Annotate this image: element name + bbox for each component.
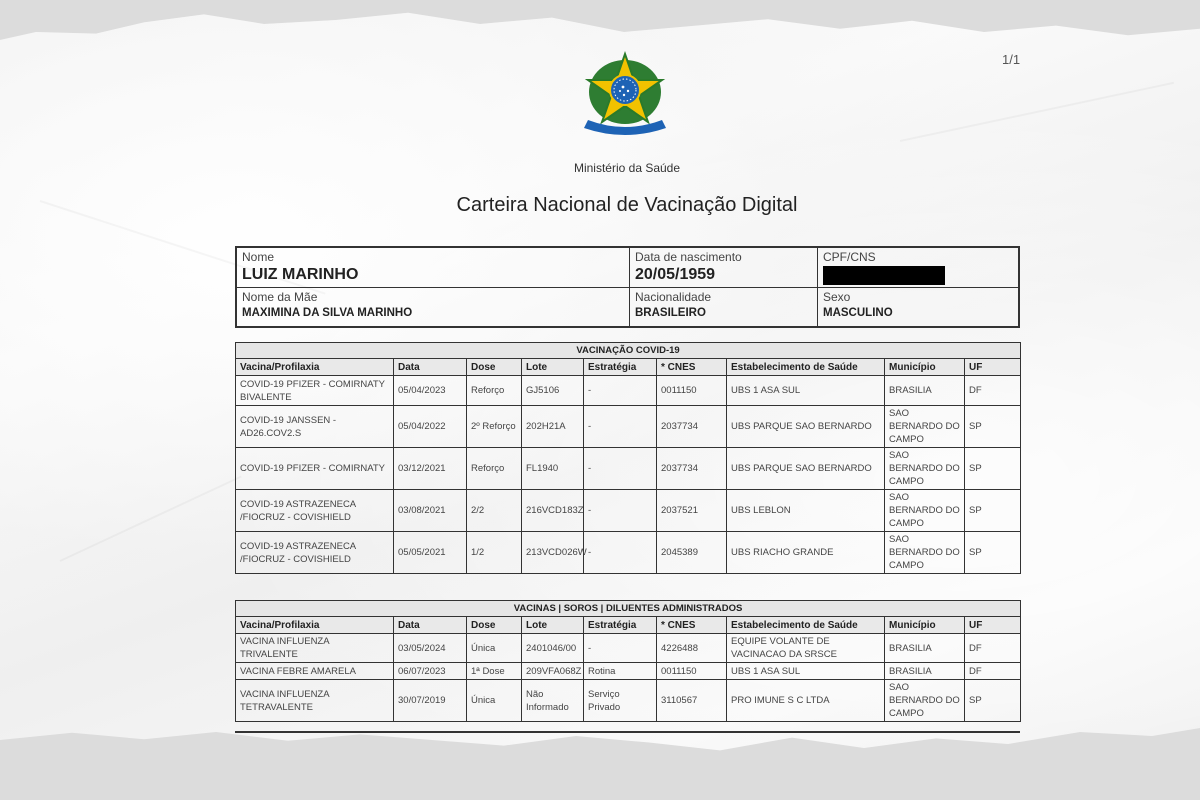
mother-name-label: Nome da Mãe (242, 290, 624, 304)
table-row: COVID-19 JANSSEN - AD26.COV2.S05/04/2022… (236, 406, 1021, 448)
cell-strategy: - (584, 376, 657, 406)
other-section-title: VACINAS | SOROS | DILUENTES ADMINISTRADO… (236, 601, 1021, 617)
column-header-lot: Lote (522, 359, 584, 376)
column-header-dose: Dose (467, 359, 522, 376)
covid-section-title: VACINAÇÃO COVID-19 (236, 343, 1021, 359)
table-row: VACINA INFLUENZA TETRAVALENTE30/07/2019Ú… (236, 680, 1021, 722)
mother-name-value: MAXIMINA DA SILVA MARINHO (242, 307, 624, 319)
cell-date: 05/04/2023 (394, 376, 467, 406)
cell-facility: EQUIPE VOLANTE DE VACINACAO DA SRSCE (727, 634, 885, 663)
cell-lot: Não Informado (522, 680, 584, 722)
cell-cnes: 2037521 (657, 490, 727, 532)
nationality-label: Nacionalidade (635, 290, 812, 304)
sex-field: Sexo MASCULINO (817, 288, 1018, 327)
cell-date: 03/08/2021 (394, 490, 467, 532)
cell-date: 03/05/2024 (394, 634, 467, 663)
cell-municipality: SAO BERNARDO DO CAMPO (885, 680, 965, 722)
cell-date: 03/12/2021 (394, 448, 467, 490)
cell-strategy: Serviço Privado (584, 680, 657, 722)
cell-dose: Única (467, 634, 522, 663)
column-header-dose: Dose (467, 617, 522, 634)
cell-uf: SP (965, 490, 1021, 532)
cell-lot: FL1940 (522, 448, 584, 490)
cell-strategy: - (584, 490, 657, 532)
column-header-vaccine: Vacina/Profilaxia (236, 617, 394, 634)
column-header-facility: Estabelecimento de Saúde (727, 617, 885, 634)
nationality-value: BRASILEIRO (635, 307, 812, 319)
cell-lot: 202H21A (522, 406, 584, 448)
cell-facility: UBS RIACHO GRANDE (727, 532, 885, 574)
cell-facility: UBS LEBLON (727, 490, 885, 532)
cell-lot: 213VCD026W (522, 532, 584, 574)
name-value: LUIZ MARINHO (242, 266, 624, 284)
cell-dose: 1/2 (467, 532, 522, 574)
column-header-vaccine: Vacina/Profilaxia (236, 359, 394, 376)
cell-vaccine: COVID-19 JANSSEN - AD26.COV2.S (236, 406, 394, 448)
table-row: COVID-19 ASTRAZENECA /FIOCRUZ - COVISHIE… (236, 490, 1021, 532)
cell-uf: SP (965, 406, 1021, 448)
cell-strategy: - (584, 448, 657, 490)
cell-cnes: 0011150 (657, 663, 727, 680)
page-indicator: 1/1 (1002, 52, 1020, 67)
brazil-coat-of-arms-icon (580, 50, 670, 138)
cell-cnes: 2045389 (657, 532, 727, 574)
covid-vaccination-table: VACINAÇÃO COVID-19 Vacina/ProfilaxiaData… (235, 342, 1021, 574)
nationality-field: Nacionalidade BRASILEIRO (629, 288, 817, 327)
column-header-strategy: Estratégia (584, 359, 657, 376)
column-header-strategy: Estratégia (584, 617, 657, 634)
mother-name-field: Nome da Mãe MAXIMINA DA SILVA MARINHO (237, 288, 629, 327)
cell-uf: DF (965, 376, 1021, 406)
cell-lot: GJ5106 (522, 376, 584, 406)
cpf-redaction-bar (823, 266, 945, 285)
column-header-date: Data (394, 359, 467, 376)
cell-facility: UBS 1 ASA SUL (727, 663, 885, 680)
birth-date-value: 20/05/1959 (635, 266, 812, 284)
column-header-municipality: Município (885, 617, 965, 634)
cell-cnes: 2037734 (657, 448, 727, 490)
cell-facility: UBS PARQUE SAO BERNARDO (727, 448, 885, 490)
cell-municipality: BRASILIA (885, 634, 965, 663)
table-row: VACINA FEBRE AMARELA06/07/20231ª Dose209… (236, 663, 1021, 680)
cell-dose: 2º Reforço (467, 406, 522, 448)
cell-strategy: - (584, 532, 657, 574)
cell-cnes: 2037734 (657, 406, 727, 448)
cell-uf: SP (965, 532, 1021, 574)
name-field: Nome LUIZ MARINHO (237, 248, 629, 287)
column-header-cnes: * CNES (657, 359, 727, 376)
column-header-municipality: Município (885, 359, 965, 376)
cell-lot: 2401046/00 (522, 634, 584, 663)
cell-facility: UBS PARQUE SAO BERNARDO (727, 406, 885, 448)
cell-cnes: 0011150 (657, 376, 727, 406)
cell-strategy: - (584, 634, 657, 663)
table-row: COVID-19 PFIZER - COMIRNATY03/12/2021Ref… (236, 448, 1021, 490)
cell-date: 06/07/2023 (394, 663, 467, 680)
cell-municipality: SAO BERNARDO DO CAMPO (885, 448, 965, 490)
cell-municipality: SAO BERNARDO DO CAMPO (885, 532, 965, 574)
cell-facility: PRO IMUNE S C LTDA (727, 680, 885, 722)
column-header-lot: Lote (522, 617, 584, 634)
cpf-field: CPF/CNS (817, 248, 1018, 287)
cell-municipality: BRASILIA (885, 663, 965, 680)
cell-dose: 1ª Dose (467, 663, 522, 680)
other-vaccines-table: VACINAS | SOROS | DILUENTES ADMINISTRADO… (235, 600, 1021, 722)
cell-vaccine: COVID-19 PFIZER - COMIRNATY BIVALENTE (236, 376, 394, 406)
table-row: VACINA INFLUENZA TRIVALENTE03/05/2024Úni… (236, 634, 1021, 663)
cell-date: 05/05/2021 (394, 532, 467, 574)
name-label: Nome (242, 250, 624, 264)
cell-vaccine: COVID-19 PFIZER - COMIRNATY (236, 448, 394, 490)
document-title: Carteira Nacional de Vacinação Digital (0, 194, 1200, 217)
ministry-name: Ministério da Saúde (0, 161, 1200, 175)
cell-strategy: - (584, 406, 657, 448)
table-header-row: Vacina/ProfilaxiaDataDoseLoteEstratégia*… (236, 359, 1021, 376)
cell-cnes: 3110567 (657, 680, 727, 722)
column-header-uf: UF (965, 617, 1021, 634)
column-header-date: Data (394, 617, 467, 634)
cell-uf: SP (965, 448, 1021, 490)
cell-municipality: SAO BERNARDO DO CAMPO (885, 490, 965, 532)
column-header-uf: UF (965, 359, 1021, 376)
cell-vaccine: COVID-19 ASTRAZENECA /FIOCRUZ - COVISHIE… (236, 490, 394, 532)
bottom-rule (235, 731, 1020, 733)
table-row: COVID-19 ASTRAZENECA /FIOCRUZ - COVISHIE… (236, 532, 1021, 574)
cell-dose: Reforço (467, 376, 522, 406)
column-header-facility: Estabelecimento de Saúde (727, 359, 885, 376)
cell-dose: 2/2 (467, 490, 522, 532)
table-header-row: Vacina/ProfilaxiaDataDoseLoteEstratégia*… (236, 617, 1021, 634)
cell-vaccine: VACINA INFLUENZA TRIVALENTE (236, 634, 394, 663)
cell-vaccine: VACINA FEBRE AMARELA (236, 663, 394, 680)
cell-uf: DF (965, 634, 1021, 663)
cell-date: 30/07/2019 (394, 680, 467, 722)
sex-label: Sexo (823, 290, 1013, 304)
cell-uf: DF (965, 663, 1021, 680)
cell-lot: 216VCD183Z (522, 490, 584, 532)
cell-dose: Única (467, 680, 522, 722)
sex-value: MASCULINO (823, 307, 1013, 319)
cell-dose: Reforço (467, 448, 522, 490)
cell-vaccine: COVID-19 ASTRAZENECA /FIOCRUZ - COVISHIE… (236, 532, 394, 574)
cpf-label: CPF/CNS (823, 250, 1013, 264)
birth-date-field: Data de nascimento 20/05/1959 (629, 248, 817, 287)
column-header-cnes: * CNES (657, 617, 727, 634)
cell-date: 05/04/2022 (394, 406, 467, 448)
cell-municipality: BRASILIA (885, 376, 965, 406)
birth-date-label: Data de nascimento (635, 250, 812, 264)
cell-lot: 209VFA068Z (522, 663, 584, 680)
cell-municipality: SAO BERNARDO DO CAMPO (885, 406, 965, 448)
cell-facility: UBS 1 ASA SUL (727, 376, 885, 406)
personal-info-box: Nome LUIZ MARINHO Data de nascimento 20/… (235, 246, 1020, 328)
cell-strategy: Rotina (584, 663, 657, 680)
table-row: COVID-19 PFIZER - COMIRNATY BIVALENTE05/… (236, 376, 1021, 406)
cell-vaccine: VACINA INFLUENZA TETRAVALENTE (236, 680, 394, 722)
cell-cnes: 4226488 (657, 634, 727, 663)
cell-uf: SP (965, 680, 1021, 722)
